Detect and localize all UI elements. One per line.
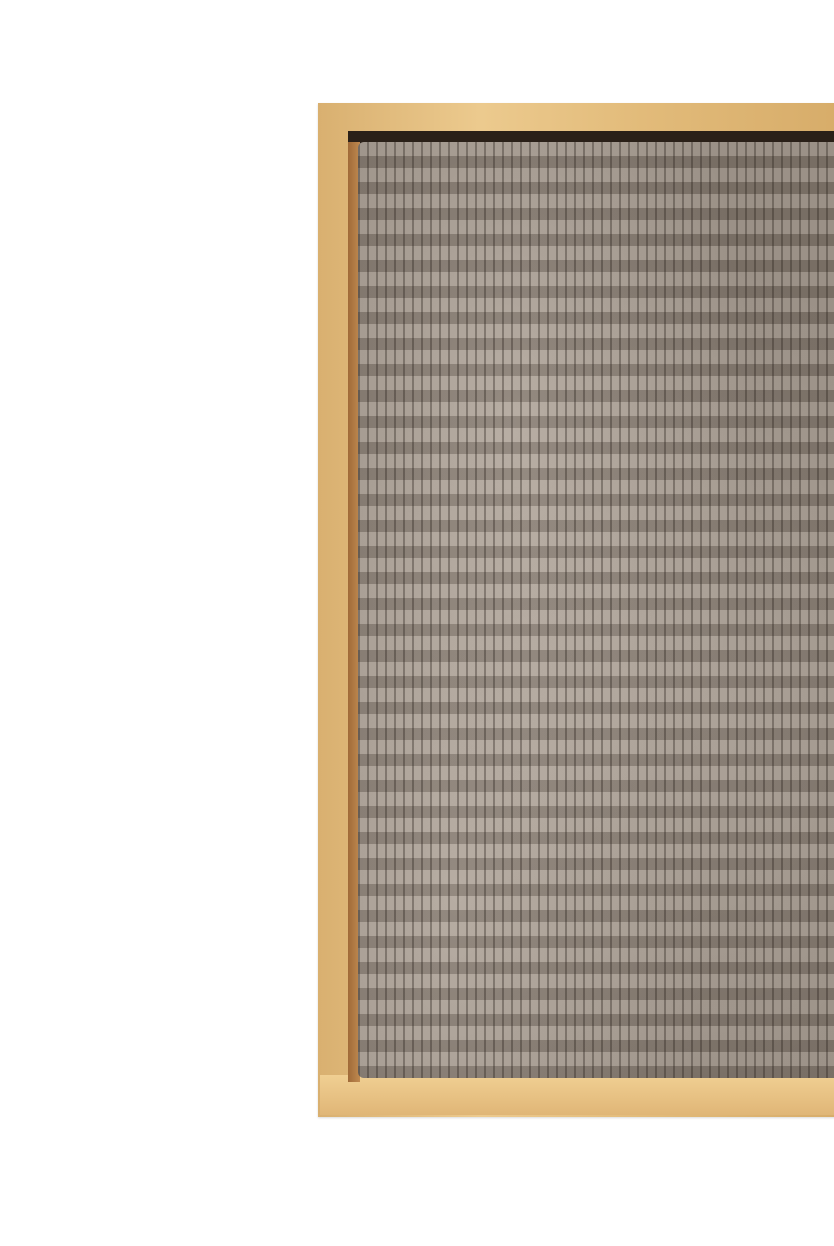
artwork-canvas <box>358 142 834 1078</box>
frame-bottom-lip <box>320 1075 834 1115</box>
